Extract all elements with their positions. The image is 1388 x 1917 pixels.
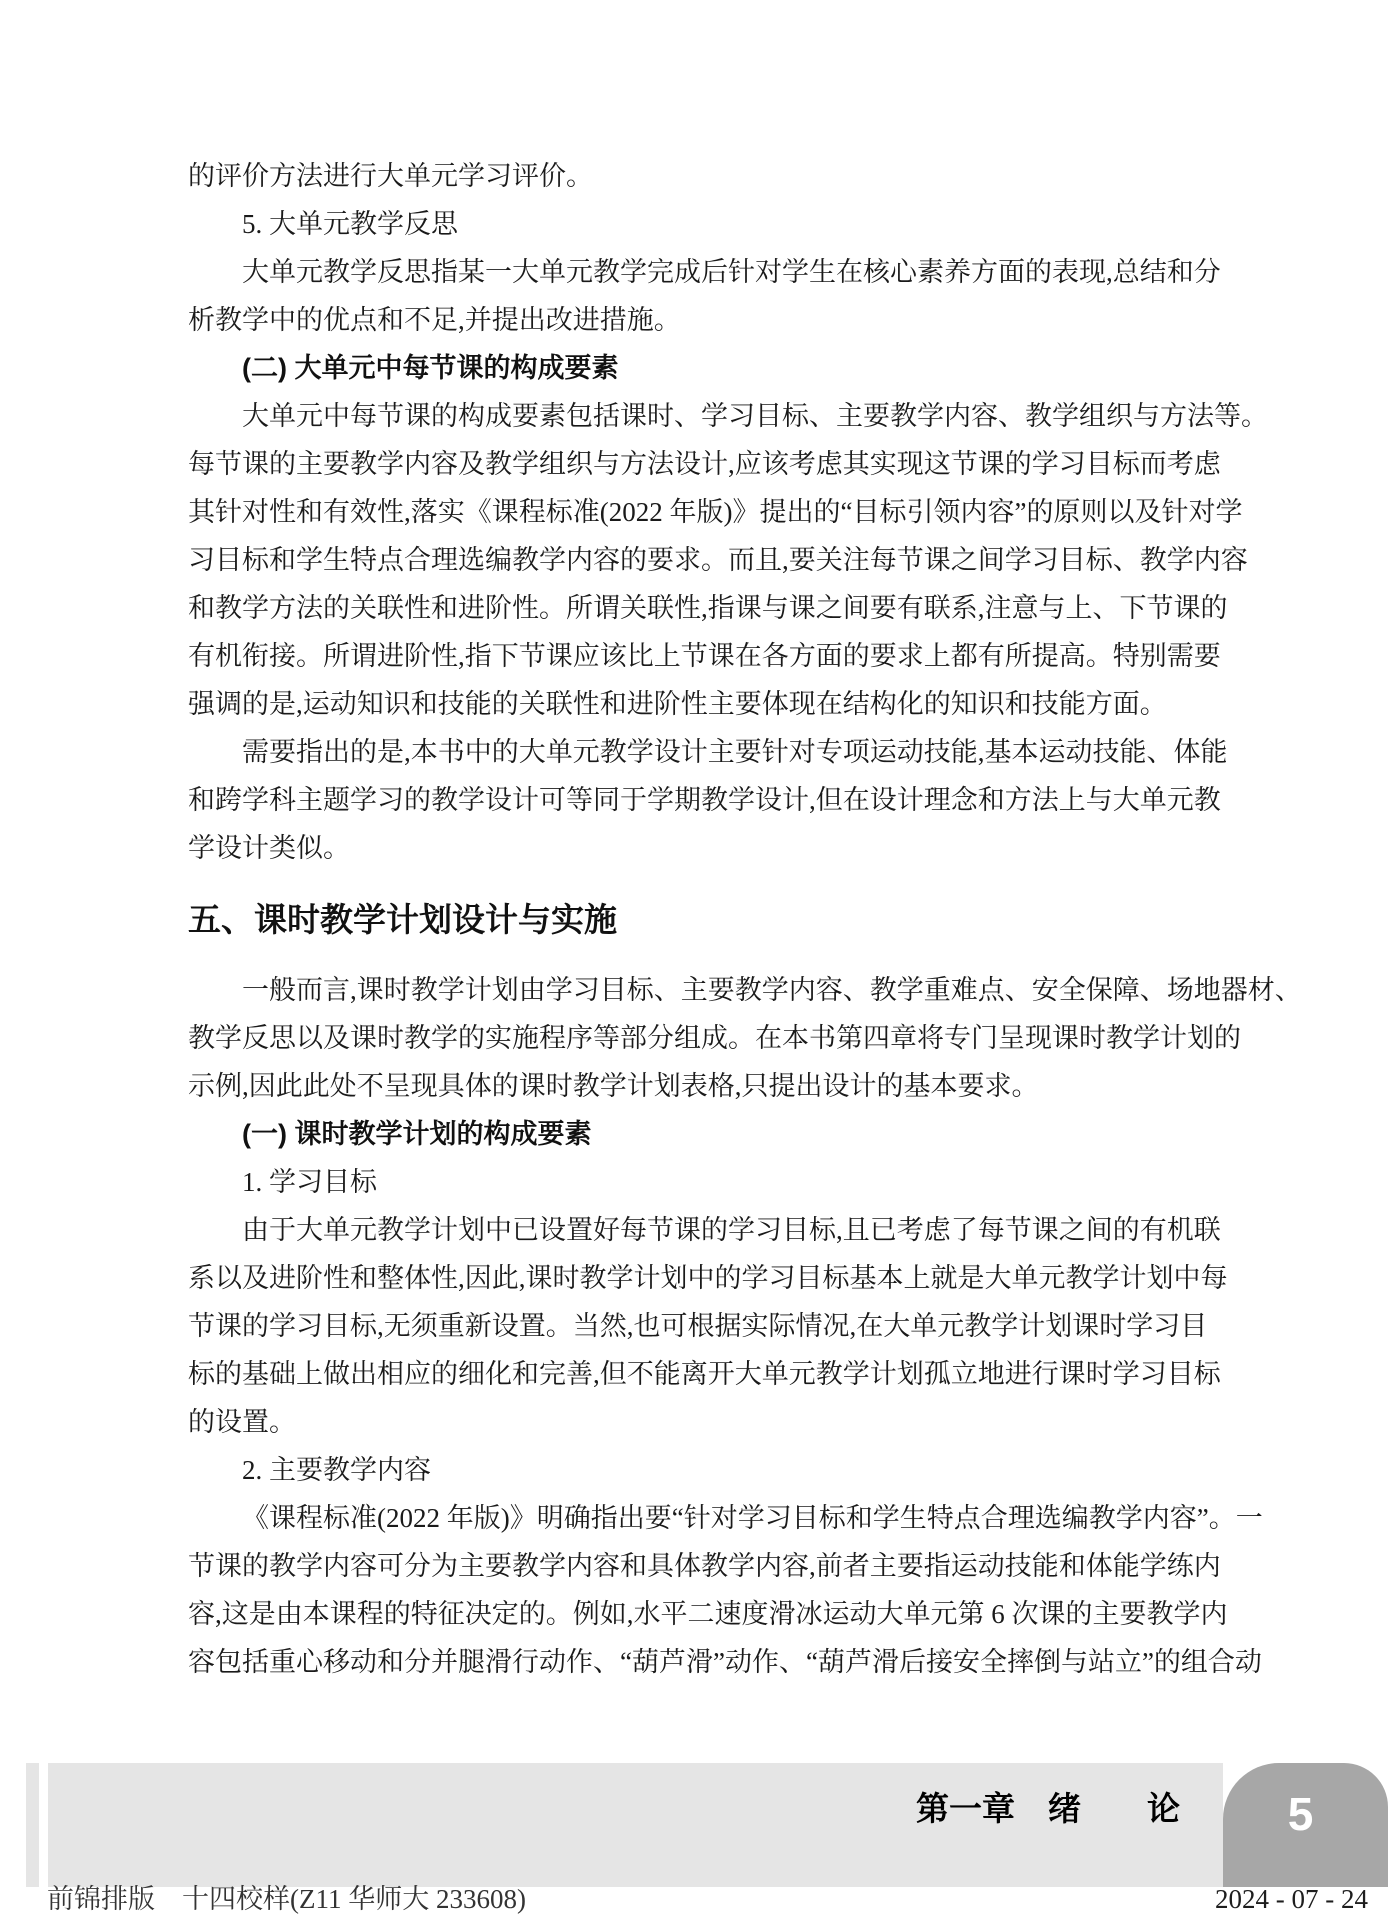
body-text-line: 《课程标准(2022 年版)》明确指出要“针对学习目标和学生特点合理选编教学内容… <box>188 1494 1218 1542</box>
body-text-line: 系以及进阶性和整体性,因此,课时教学计划中的学习目标基本上就是大单元教学计划中每 <box>188 1254 1218 1302</box>
body-text-line: 大单元教学反思指某一大单元教学完成后针对学生在核心素养方面的表现,总结和分 <box>188 248 1218 296</box>
body-text-line: 的评价方法进行大单元学习评价。 <box>188 152 1218 200</box>
body-text-line: 容包括重心移动和分并腿滑行动作、“葫芦滑”动作、“葫芦滑后接安全摔倒与站立”的组… <box>188 1638 1218 1686</box>
body-text-line: 学设计类似。 <box>188 824 1218 872</box>
body-text-line: 节课的教学内容可分为主要教学内容和具体教学内容,前者主要指运动技能和体能学练内 <box>188 1542 1218 1590</box>
body-text-line: 教学反思以及课时教学的实施程序等部分组成。在本书第四章将专门呈现课时教学计划的 <box>188 1014 1218 1062</box>
numbered-item: 5. 大单元教学反思 <box>188 200 1218 248</box>
body-text-line: 习目标和学生特点合理选编教学内容的要求。而且,要关注每节课之间学习目标、教学内容 <box>188 536 1218 584</box>
body-text-line: 需要指出的是,本书中的大单元教学设计主要针对专项运动技能,基本运动技能、体能 <box>188 728 1218 776</box>
numbered-item: 2. 主要教学内容 <box>188 1446 1218 1494</box>
body-text-line: 标的基础上做出相应的细化和完善,但不能离开大单元教学计划孤立地进行课时学习目标 <box>188 1350 1218 1398</box>
subsection-heading: (一) 课时教学计划的构成要素 <box>188 1110 1218 1158</box>
footer-band: 第一章 绪 论 <box>48 1763 1223 1887</box>
body-text-line: 每节课的主要教学内容及教学组织与方法设计,应该考虑其实现这节课的学习目标而考虑 <box>188 440 1218 488</box>
body-text-line: 节课的学习目标,无须重新设置。当然,也可根据实际情况,在大单元教学计划课时学习目 <box>188 1302 1218 1350</box>
body-text-line: 大单元中每节课的构成要素包括课时、学习目标、主要教学内容、教学组织与方法等。 <box>188 392 1218 440</box>
page-number-tab: 5 <box>1223 1763 1388 1887</box>
proof-date: 2024 - 07 - 24 <box>1215 1884 1368 1914</box>
body-text-line: 强调的是,运动知识和技能的关联性和进阶性主要体现在结构化的知识和技能方面。 <box>188 680 1218 728</box>
section-heading: 五、课时教学计划设计与实施 <box>188 892 1218 948</box>
body-text-line: 一般而言,课时教学计划由学习目标、主要教学内容、教学重难点、安全保障、场地器材、 <box>188 966 1218 1014</box>
footer-edge-strip <box>26 1763 39 1887</box>
body-text-line: 和教学方法的关联性和进阶性。所谓关联性,指课与课之间要有联系,注意与上、下节课的 <box>188 584 1218 632</box>
chapter-title: 第一章 绪 论 <box>916 1789 1180 1829</box>
subsection-heading: (二) 大单元中每节课的构成要素 <box>188 344 1218 392</box>
body-text-line: 其针对性和有效性,落实《课程标准(2022 年版)》提出的“目标引领内容”的原则… <box>188 488 1218 536</box>
proof-note: 前锦排版 十四校样(Z11 华师大 233608) <box>47 1884 526 1914</box>
body-text-line: 有机衔接。所谓进阶性,指下节课应该比上节课在各方面的要求上都有所提高。特别需要 <box>188 632 1218 680</box>
page-body: 的评价方法进行大单元学习评价。 5. 大单元教学反思 大单元教学反思指某一大单元… <box>188 152 1218 1686</box>
page-number: 5 <box>1223 1791 1378 1837</box>
numbered-item: 1. 学习目标 <box>188 1158 1218 1206</box>
body-text-line: 的设置。 <box>188 1398 1218 1446</box>
body-text-line: 容,这是由本课程的特征决定的。例如,水平二速度滑冰运动大单元第 6 次课的主要教… <box>188 1590 1218 1638</box>
body-text-line: 析教学中的优点和不足,并提出改进措施。 <box>188 296 1218 344</box>
body-text-line: 和跨学科主题学习的教学设计可等同于学期教学设计,但在设计理念和方法上与大单元教 <box>188 776 1218 824</box>
body-text-line: 示例,因此此处不呈现具体的课时教学计划表格,只提出设计的基本要求。 <box>188 1062 1218 1110</box>
body-text-line: 由于大单元教学计划中已设置好每节课的学习目标,且已考虑了每节课之间的有机联 <box>188 1206 1218 1254</box>
book-page: 的评价方法进行大单元学习评价。 5. 大单元教学反思 大单元教学反思指某一大单元… <box>0 0 1388 1917</box>
